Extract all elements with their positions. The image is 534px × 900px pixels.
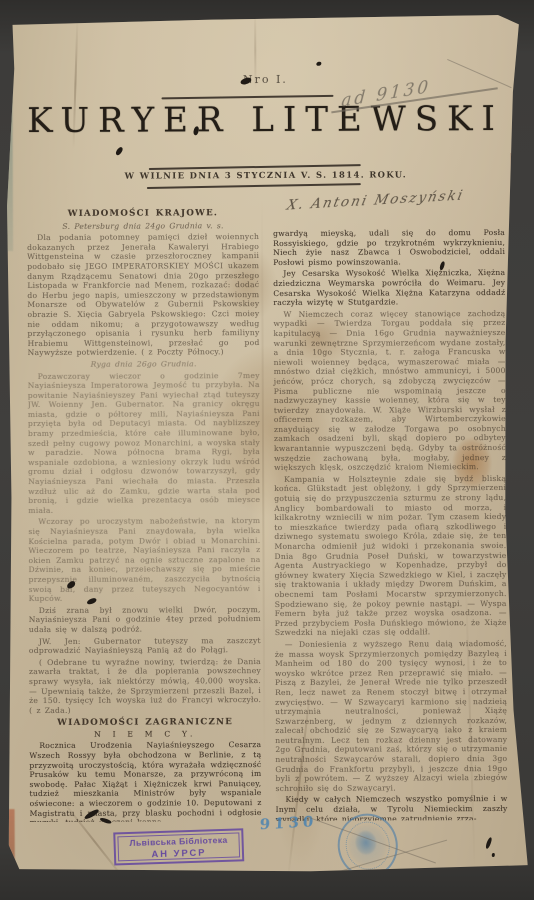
dateline-petersburg: S. Petersburg dnia 24go Grudnia v. s. bbox=[27, 221, 259, 232]
article-paragraph: Dla podania potomney pamięci dzieł woien… bbox=[27, 232, 260, 358]
article-paragraph: W Niemczech coraz więcey stanowiące zach… bbox=[273, 309, 506, 473]
article-paragraph: Kampania w Holszteynie zdaie się bydź bl… bbox=[274, 474, 507, 638]
accession-number-stamp: 9130 bbox=[259, 812, 318, 833]
library-stamp-line2: АН УРСР bbox=[120, 845, 238, 860]
ink-speck bbox=[485, 837, 492, 850]
article-paragraph: Wczoray po uroczystym nabożeństwie, na k… bbox=[28, 516, 260, 603]
article-paragraph: JW. Jen: Gubernator tuteyszy ma zaszczyt… bbox=[29, 636, 261, 656]
ink-speck bbox=[492, 853, 495, 857]
section-heading-krajowe: WIADOMOŚCI KRAJOWE. bbox=[27, 209, 259, 220]
masthead-rule bbox=[161, 95, 333, 100]
section-subheading-niemcy: N I E M C Y. bbox=[29, 729, 261, 740]
article-paragraph: Jey Cesarska Wysokość Wielka Xiężniczka,… bbox=[273, 268, 505, 307]
binding-edge-red-line bbox=[511, 153, 513, 241]
section-heading-zagraniczne: WIADOMOŚCI ZAGRANICZNE bbox=[29, 718, 261, 729]
article-paragraph: ( Odebrane tu wyraźne nowiny, twierdzą: … bbox=[29, 657, 261, 716]
newspaper-title: KURYER LITEWSKI bbox=[4, 99, 526, 141]
left-column: WIADOMOŚCI KRAJOWE.S. Petersburg dnia 24… bbox=[27, 205, 262, 822]
binding-edge-salmon bbox=[8, 809, 15, 871]
right-column: gwardyą mieyską, udali się do domu Posła… bbox=[273, 204, 508, 821]
article-paragraph: gwardyą mieyską, udali się do domu Posła… bbox=[273, 228, 505, 267]
library-stamp: Львівська Бібліотека АН УРСР bbox=[113, 828, 244, 865]
article-paragraph: Dziś zrana był znowu wielki Dwór, poczym… bbox=[29, 605, 261, 635]
masthead-dateline: W WILNIE DNIA 3 STYCZNIA V. S. 1814. ROK… bbox=[5, 169, 527, 181]
article-paragraph: Pozawczoray wieczor o godzinie 7mey Nayi… bbox=[28, 371, 261, 516]
article-columns: WIADOMOŚCI KRAJOWE.S. Petersburg dnia 24… bbox=[27, 204, 508, 822]
article-paragraph: Rocznica Urodzenia Nayiaśnieyszego Cesar… bbox=[29, 740, 261, 822]
ink-speck bbox=[115, 146, 124, 156]
scanned-newspaper-page: { "doc": { "masthead": { "issue_number":… bbox=[0, 0, 534, 900]
dateline-ryga: Ryga dnia 26go Grudnia. bbox=[28, 359, 260, 370]
library-stamp-line1: Львівська Бібліотека bbox=[119, 834, 237, 848]
masthead-rule bbox=[147, 183, 361, 189]
ink-speck bbox=[316, 62, 321, 66]
newspaper-page: Nro I. KURYER LITEWSKI W WILNIE DNIA 3 S… bbox=[4, 15, 530, 875]
binding-edge-teal bbox=[5, 61, 13, 251]
article-paragraph: — Doniesienia z wyższego Renu daią wiado… bbox=[275, 639, 508, 794]
